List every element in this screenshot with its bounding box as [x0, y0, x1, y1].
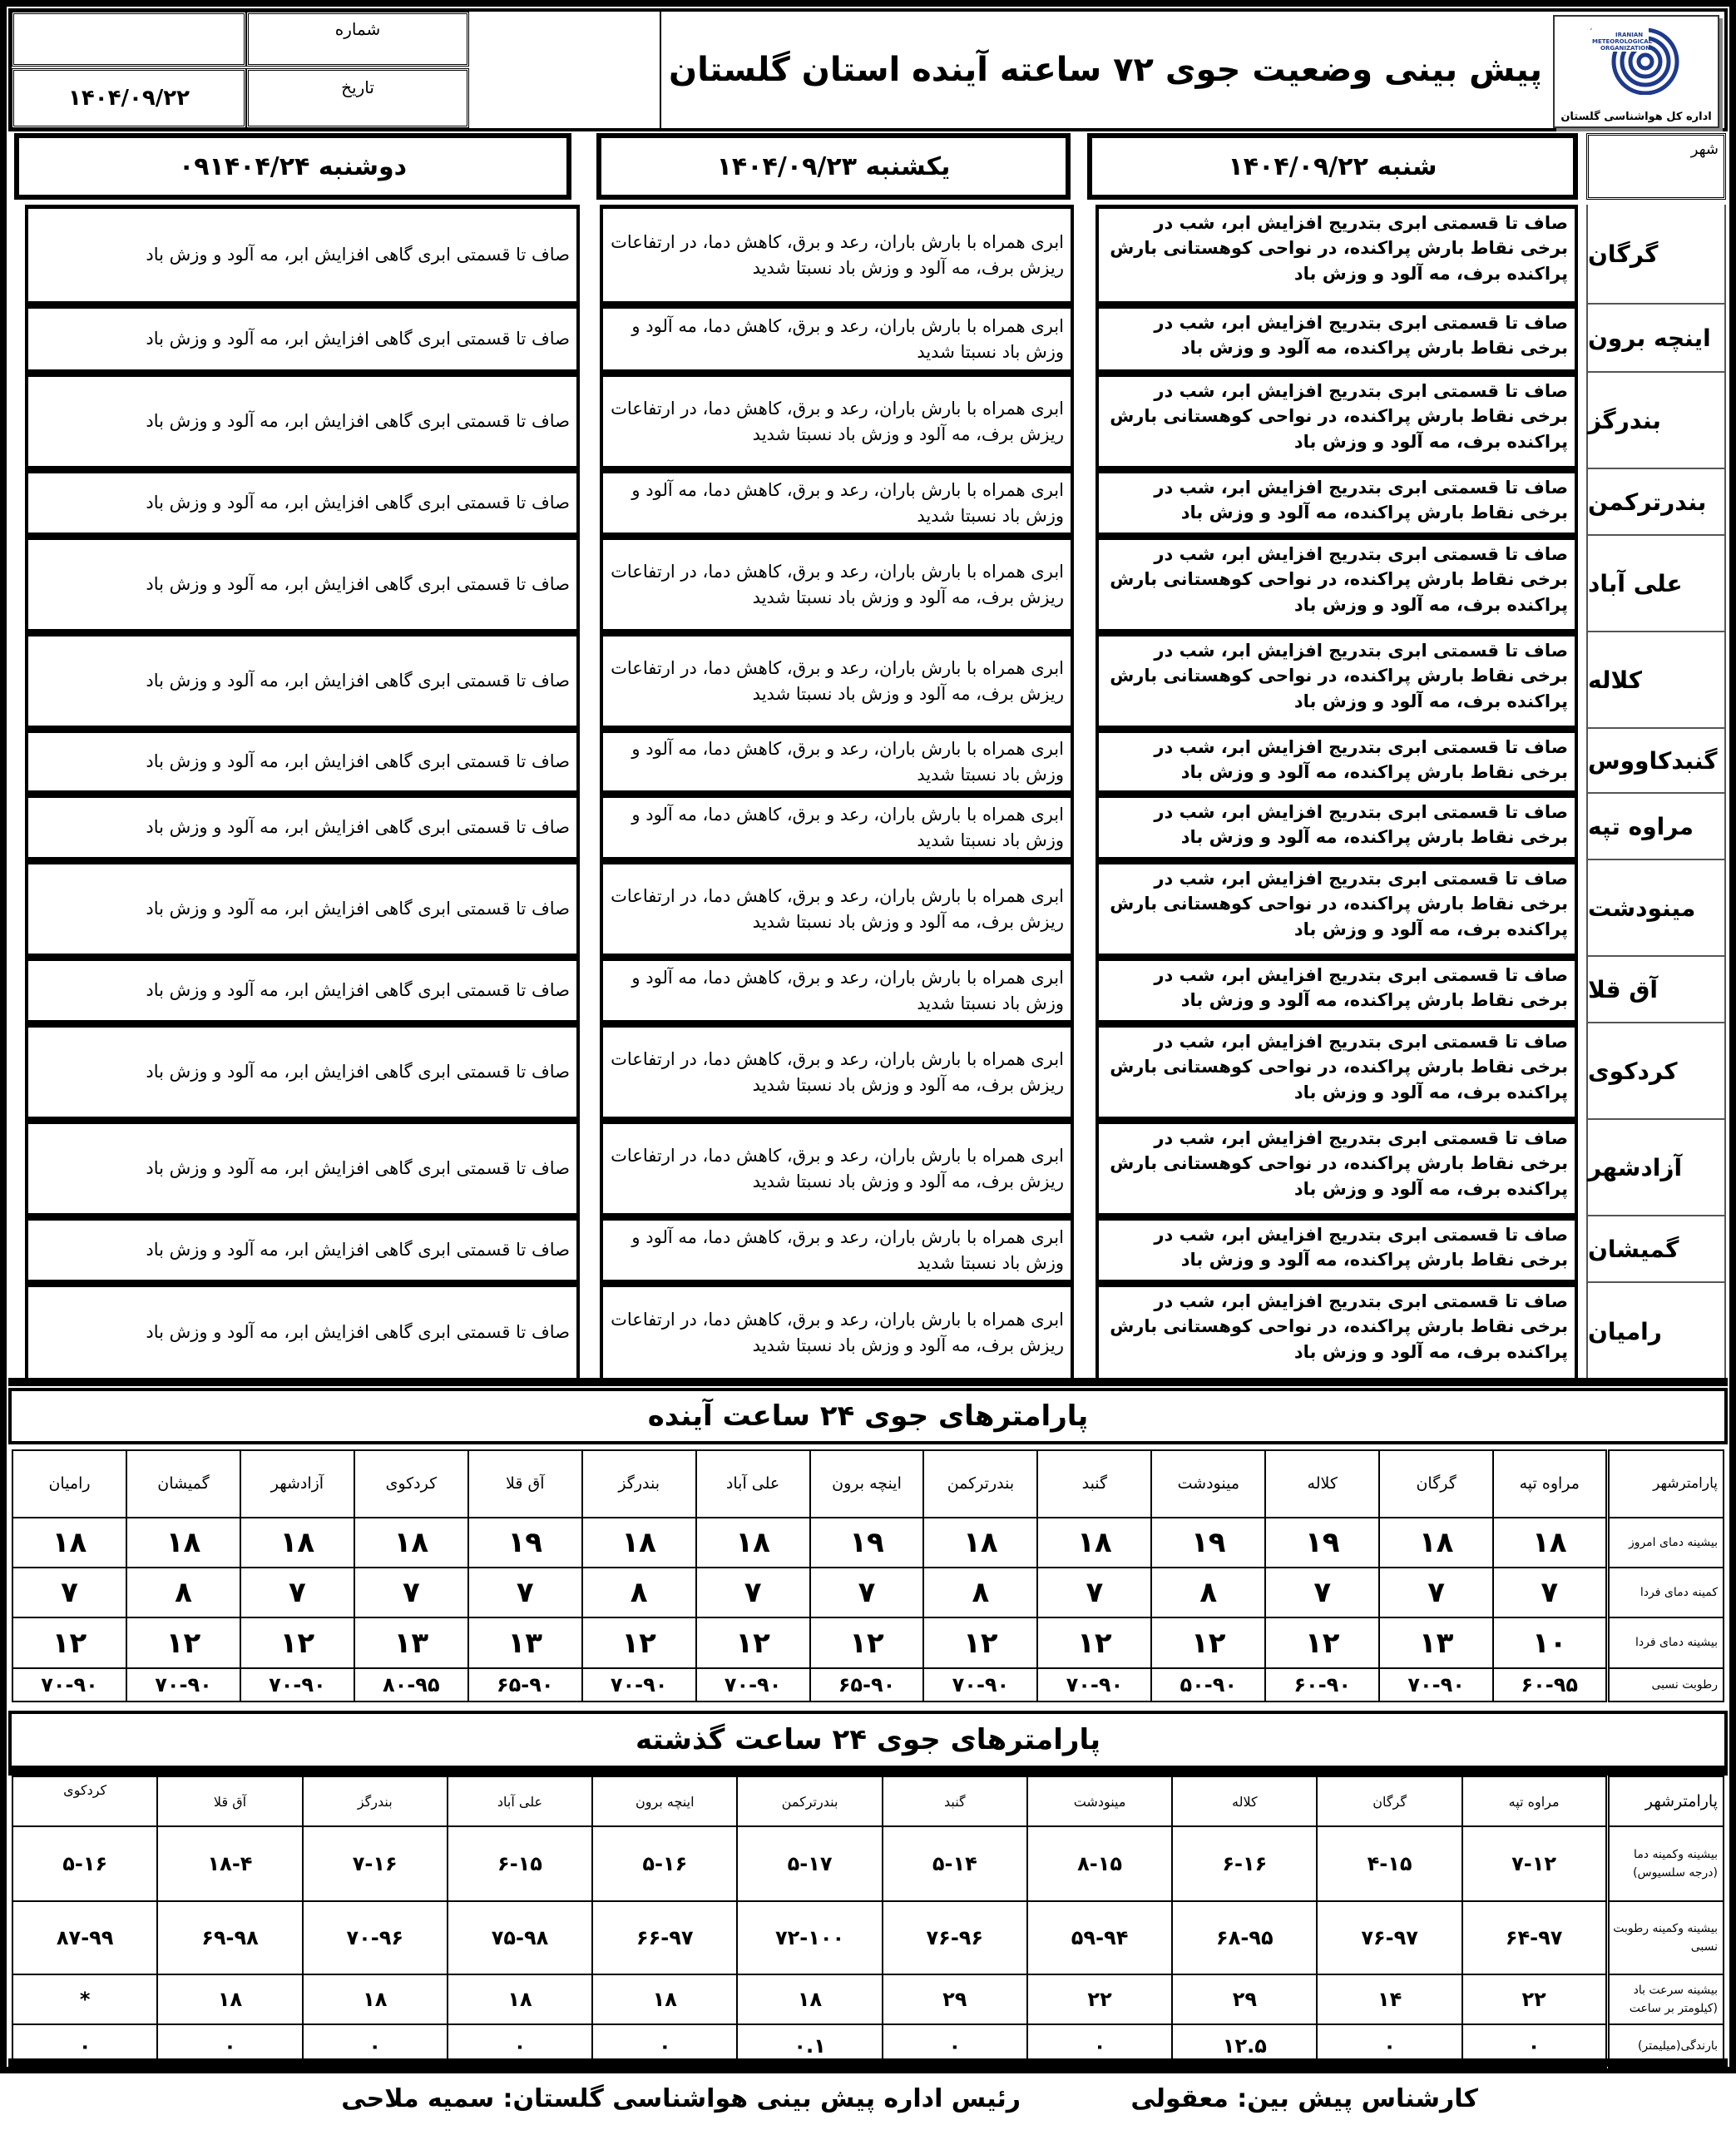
- meteorological-organization-logo-icon: سازمان هواشناسی کشور IRANIAN METEOROLOGI…: [1590, 20, 1682, 95]
- value-cell: ۱۸: [303, 1974, 448, 2024]
- head-signature: رئیس اداره پیش بینی هواشناسی گلستان: سمی…: [341, 2084, 1021, 2113]
- value-cell: ۱۸: [592, 1974, 737, 2024]
- logo-caption: اداره کل هواشناسی گلستان: [1560, 111, 1711, 123]
- forecast-day2: ابری همراه با بارش باران، رعد و برق، کاه…: [600, 305, 1074, 373]
- value-cell: ۱۸: [1493, 1518, 1607, 1568]
- forecast-day1: صاف تا قسمتی ابری بتدریج افزایش ابر، شب …: [1096, 469, 1578, 536]
- city-column-header: شهر: [1586, 133, 1726, 200]
- value-cell: ۱۲: [696, 1617, 810, 1667]
- corner-label: پارامترشهر: [1607, 1776, 1724, 1826]
- page-title: پیش بینی وضعیت جوی ۷۲ ساعته آینده استان …: [660, 12, 1550, 128]
- forecast-city: بندرترکمن: [1586, 469, 1726, 536]
- value-cell: ۱۸: [582, 1518, 696, 1568]
- city-header: گرگان: [1379, 1450, 1493, 1518]
- forecast-day2: ابری همراه با بارش باران، رعد و برق، کاه…: [600, 205, 1074, 305]
- forecast-row: بندرترکمن صاف تا قسمتی ابری بتدریج افزای…: [8, 469, 1728, 536]
- svg-text:METEOROLOGICAL: METEOROLOGICAL: [1592, 38, 1653, 45]
- forecast-day3: صاف تا قسمتی ابری گاهی افزایش ابر، مه آل…: [25, 305, 580, 373]
- value-cell: ۱۹: [1151, 1518, 1265, 1568]
- value-cell: ۷۶-۹۶: [883, 1901, 1027, 1974]
- value-cell: ۸۰-۹۵: [354, 1668, 468, 1702]
- past24-table: پارامترشهر مراوه تپه گرگان کلاله مینودشت…: [12, 1776, 1724, 2068]
- forecast-day1: صاف تا قسمتی ابری بتدریج افزایش ابر، شب …: [1096, 305, 1578, 373]
- row-label: بیشینه سرعت باد (کیلومتر بر ساعت: [1607, 1974, 1724, 2024]
- value-cell: ۷۲-۱۰۰: [737, 1901, 882, 1974]
- value-cell: ۶۴-۹۷: [1462, 1901, 1607, 1974]
- value-cell: ۱۸: [1379, 1518, 1493, 1568]
- forecast-city: اینچه برون: [1586, 305, 1726, 373]
- value-cell: ۱۸: [240, 1518, 354, 1568]
- forecast-day2: ابری همراه با بارش باران، رعد و برق، کاه…: [600, 794, 1074, 860]
- value-cell: ۱۸-۴: [157, 1826, 302, 1901]
- value-cell: ۱۳: [354, 1617, 468, 1667]
- forecast-day2: ابری همراه با بارش باران، رعد و برق، کاه…: [600, 957, 1074, 1023]
- value-cell: ۱۹: [810, 1518, 924, 1568]
- city-header: بندرترکمن: [737, 1776, 882, 1826]
- value-cell: ۱۹: [468, 1518, 582, 1568]
- forecast-row: مینودشت صاف تا قسمتی ابری بتدریج افزایش …: [8, 860, 1728, 957]
- value-cell: ۷-۱۶: [303, 1826, 448, 1901]
- date-value: ۱۴۰۴/۰۹/۲۲: [12, 68, 246, 128]
- forecast-day3: صاف تا قسمتی ابری گاهی افزایش ابر، مه آل…: [25, 205, 580, 305]
- value-cell: ۷۰-۹۰: [582, 1668, 696, 1702]
- next24-table: پارامترشهر مراوه تپه گرگان کلاله مینودشت…: [12, 1449, 1724, 1702]
- value-cell: ۵-۱۴: [883, 1826, 1027, 1901]
- number-value: [12, 12, 246, 67]
- row-label: رطوبت نسبی: [1607, 1668, 1724, 1702]
- forecast-row: اینچه برون صاف تا قسمتی ابری بتدریج افزا…: [8, 305, 1728, 373]
- value-cell: ۷-۱۲: [1462, 1826, 1607, 1901]
- forecast-day1: صاف تا قسمتی ابری بتدریج افزایش ابر، شب …: [1096, 1120, 1578, 1216]
- value-cell: ۷: [810, 1568, 924, 1617]
- city-header: گنبد: [1037, 1450, 1151, 1518]
- logo: سازمان هواشناسی کشور IRANIAN METEOROLOGI…: [1553, 15, 1719, 128]
- forecast-city: گنبدکاووس: [1586, 729, 1726, 794]
- value-cell: ۱۳: [1379, 1617, 1493, 1667]
- value-cell: ۱۸: [126, 1518, 240, 1568]
- value-cell: ۵۹-۹۴: [1027, 1901, 1172, 1974]
- forecast-day1: صاف تا قسمتی ابری بتدریج افزایش ابر، شب …: [1096, 860, 1578, 957]
- value-cell: ۵-۱۶: [12, 1826, 157, 1901]
- value-cell: ۵۰-۹۰: [1151, 1668, 1265, 1702]
- forecast-day2: ابری همراه با بارش باران، رعد و برق، کاه…: [600, 1216, 1074, 1283]
- value-cell: ۷۰-۹۰: [126, 1668, 240, 1702]
- value-cell: ۸: [1151, 1568, 1265, 1617]
- value-cell: ۲۲: [1462, 1974, 1607, 2024]
- value-cell: ۶۵-۹۰: [810, 1668, 924, 1702]
- city-header: گنبد: [883, 1776, 1027, 1826]
- forecast-day3: صاف تا قسمتی ابری گاهی افزایش ابر، مه آل…: [25, 632, 580, 729]
- forecast-day3: صاف تا قسمتی ابری گاهی افزایش ابر، مه آل…: [25, 469, 580, 536]
- document-meta: شماره تاریخ ۱۴۰۴/۰۹/۲۲: [12, 12, 469, 128]
- forecast-day2: ابری همراه با بارش باران، رعد و برق، کاه…: [600, 632, 1074, 729]
- forecast-day3: صاف تا قسمتی ابری گاهی افزایش ابر، مه آل…: [25, 1216, 580, 1283]
- number-label: شماره: [246, 12, 469, 67]
- city-header: آق قلا: [468, 1450, 582, 1518]
- value-cell: ۷: [12, 1568, 126, 1617]
- day-header-1: شنبه ۱۴۰۴/۰۹/۲۲: [1087, 133, 1578, 200]
- separator: [8, 1378, 1728, 1386]
- city-header: علی آباد: [448, 1776, 592, 1826]
- value-cell: ۷۶-۹۷: [1317, 1901, 1462, 1974]
- forecast-day1: صاف تا قسمتی ابری بتدریج افزایش ابر، شب …: [1096, 729, 1578, 794]
- forecast-day1: صاف تا قسمتی ابری بتدریج افزایش ابر، شب …: [1096, 632, 1578, 729]
- row-label: کمینه دمای فردا: [1607, 1568, 1724, 1617]
- forecast-day1: صاف تا قسمتی ابری بتدریج افزایش ابر، شب …: [1096, 1283, 1578, 1381]
- city-header: کلاله: [1265, 1450, 1379, 1518]
- value-cell: ۱۸: [448, 1974, 592, 2024]
- value-cell: ۲۹: [883, 1974, 1027, 2024]
- value-cell: ۷۰-۹۰: [1379, 1668, 1493, 1702]
- forecast-city: رامیان: [1586, 1283, 1726, 1381]
- value-cell: ۲۲: [1027, 1974, 1172, 2024]
- date-label: تاریخ: [246, 68, 469, 128]
- value-cell: ۱۴: [1317, 1974, 1462, 2024]
- forecast-city: کلاله: [1586, 632, 1726, 729]
- value-cell: ۷: [1379, 1568, 1493, 1617]
- value-cell: ۵-۱۶: [592, 1826, 737, 1901]
- city-header: مینودشت: [1151, 1450, 1265, 1518]
- forecast-day2: ابری همراه با بارش باران، رعد و برق، کاه…: [600, 729, 1074, 794]
- value-cell: ۸۷-۹۹: [12, 1901, 157, 1974]
- value-cell: ۱۲: [126, 1617, 240, 1667]
- forecast-row: گمیشان صاف تا قسمتی ابری بتدریج افزایش ا…: [8, 1216, 1728, 1283]
- forecast-day1: صاف تا قسمتی ابری بتدریج افزایش ابر، شب …: [1096, 1216, 1578, 1283]
- value-cell: ۱۸: [737, 1974, 882, 2024]
- value-cell: ۷۰-۹۰: [1037, 1668, 1151, 1702]
- value-cell: ۱۸: [923, 1518, 1037, 1568]
- forecast-row: کردکوی صاف تا قسمتی ابری بتدریج افزایش ا…: [8, 1023, 1728, 1120]
- forecast-row: کلاله صاف تا قسمتی ابری بتدریج افزایش اب…: [8, 632, 1728, 729]
- forecast-day3: صاف تا قسمتی ابری گاهی افزایش ابر، مه آل…: [25, 1023, 580, 1120]
- city-header: مراوه تپه: [1462, 1776, 1607, 1826]
- row-label: بیشینه دمای امروز: [1607, 1518, 1724, 1568]
- corner-label: پارامترشهر: [1607, 1450, 1724, 1518]
- city-header: آق قلا: [157, 1776, 302, 1826]
- value-cell: ۷۰-۹۰: [696, 1668, 810, 1702]
- value-cell: ۸: [126, 1568, 240, 1617]
- city-header: بندرگز: [303, 1776, 448, 1826]
- value-cell: ۶۰-۹۵: [1493, 1668, 1607, 1702]
- forecast-day2: ابری همراه با بارش باران، رعد و برق، کاه…: [600, 536, 1074, 632]
- forecast-city: آق قلا: [1586, 957, 1726, 1023]
- city-header: مینودشت: [1027, 1776, 1172, 1826]
- value-cell: ۶۵-۹۰: [468, 1668, 582, 1702]
- next24-title: پارامترهای جوی ۲۴ ساعت آینده: [8, 1388, 1728, 1444]
- forecast-city: کردکوی: [1586, 1023, 1726, 1120]
- forecast-day3: صاف تا قسمتی ابری گاهی افزایش ابر، مه آل…: [25, 729, 580, 794]
- value-cell: ۱۲: [582, 1617, 696, 1667]
- value-cell: ۶۸-۹۵: [1172, 1901, 1317, 1974]
- value-cell: ۷۰-۹۰: [923, 1668, 1037, 1702]
- value-cell: ۱۲: [810, 1617, 924, 1667]
- city-header: بندرگز: [582, 1450, 696, 1518]
- value-cell: *: [12, 1974, 157, 2024]
- value-cell: ۶۶-۹۷: [592, 1901, 737, 1974]
- forecast-table: گرگان صاف تا قسمتی ابری بتدریج افزایش اب…: [8, 205, 1728, 1384]
- value-cell: ۷: [696, 1568, 810, 1617]
- past24-title: پارامترهای جوی ۲۴ ساعت گذشته: [8, 1711, 1728, 1769]
- forecast-day2: ابری همراه با بارش باران، رعد و برق، کاه…: [600, 1120, 1074, 1216]
- city-header: اینچه برون: [592, 1776, 737, 1826]
- separator: [8, 2058, 1728, 2067]
- value-cell: ۸: [923, 1568, 1037, 1617]
- forecast-row: آزادشهر صاف تا قسمتی ابری بتدریج افزایش …: [8, 1120, 1728, 1216]
- value-cell: ۷۰-۹۰: [12, 1668, 126, 1702]
- value-cell: ۱۸: [157, 1974, 302, 2024]
- forecast-row: بندرگز صاف تا قسمتی ابری بتدریج افزایش ا…: [8, 373, 1728, 469]
- forecast-city: گرگان: [1586, 205, 1726, 305]
- forecast-day2: ابری همراه با بارش باران، رعد و برق، کاه…: [600, 1283, 1074, 1381]
- row-label: بیشینه وکمینه رطوبت نسبی: [1607, 1901, 1724, 1974]
- forecast-city: علی آباد: [1586, 536, 1726, 632]
- value-cell: ۷: [240, 1568, 354, 1617]
- value-cell: ۶۰-۹۰: [1265, 1668, 1379, 1702]
- forecast-city: مینودشت: [1586, 860, 1726, 957]
- forecast-day3: صاف تا قسمتی ابری گاهی افزایش ابر، مه آل…: [25, 1120, 580, 1216]
- forecast-day1: صاف تا قسمتی ابری بتدریج افزایش ابر، شب …: [1096, 536, 1578, 632]
- forecast-city: بندرگز: [1586, 373, 1726, 469]
- forecast-day3: صاف تا قسمتی ابری گاهی افزایش ابر، مه آل…: [25, 536, 580, 632]
- value-cell: ۱۲: [1037, 1617, 1151, 1667]
- value-cell: ۱۰: [1493, 1617, 1607, 1667]
- city-header: گرگان: [1317, 1776, 1462, 1826]
- day-header-3: دوشنبه ۰۹۱۴۰۴/۲۴: [14, 133, 571, 200]
- city-header: بندرترکمن: [923, 1450, 1037, 1518]
- forecast-day2: ابری همراه با بارش باران، رعد و برق، کاه…: [600, 373, 1074, 469]
- forecast-day1: صاف تا قسمتی ابری بتدریج افزایش ابر، شب …: [1096, 794, 1578, 860]
- value-cell: ۱۲: [1265, 1617, 1379, 1667]
- city-header: علی آباد: [696, 1450, 810, 1518]
- value-cell: ۷: [468, 1568, 582, 1617]
- city-header: گمیشان: [126, 1450, 240, 1518]
- svg-text:ORGANIZATION: ORGANIZATION: [1600, 45, 1650, 52]
- forecast-day3: صاف تا قسمتی ابری گاهی افزایش ابر، مه آل…: [25, 860, 580, 957]
- value-cell: ۱۸: [354, 1518, 468, 1568]
- city-header: کردکوی: [354, 1450, 468, 1518]
- svg-text:IRANIAN: IRANIAN: [1615, 32, 1643, 38]
- value-cell: ۸: [582, 1568, 696, 1617]
- value-cell: ۶-۱۵: [448, 1826, 592, 1901]
- forecast-row: رامیان صاف تا قسمتی ابری بتدریج افزایش ا…: [8, 1283, 1728, 1381]
- value-cell: ۷۰-۹۰: [240, 1668, 354, 1702]
- value-cell: ۱۸: [1037, 1518, 1151, 1568]
- value-cell: ۶-۱۶: [1172, 1826, 1317, 1901]
- forecast-day2: ابری همراه با بارش باران، رعد و برق، کاه…: [600, 860, 1074, 957]
- value-cell: ۷۵-۹۸: [448, 1901, 592, 1974]
- forecast-day2: ابری همراه با بارش باران، رعد و برق، کاه…: [600, 1023, 1074, 1120]
- row-label: بیشینه وکمینه دما (درجه سلسیوس): [1607, 1826, 1724, 1901]
- forecaster-signature: کارشناس پیش بین: معقولی: [1130, 2084, 1478, 2113]
- value-cell: ۷: [1037, 1568, 1151, 1617]
- value-cell: ۱۲: [1151, 1617, 1265, 1667]
- value-cell: ۲۹: [1172, 1974, 1317, 2024]
- value-cell: ۶۹-۹۸: [157, 1901, 302, 1974]
- separator: [8, 1769, 1728, 1776]
- forecast-city: گمیشان: [1586, 1216, 1726, 1283]
- forecast-day1: صاف تا قسمتی ابری بتدریج افزایش ابر، شب …: [1096, 957, 1578, 1023]
- value-cell: ۷: [354, 1568, 468, 1617]
- value-cell: ۷: [1265, 1568, 1379, 1617]
- city-header: اینچه برون: [810, 1450, 924, 1518]
- signature-block: کارشناس پیش بین: معقولی رئیس اداره پیش ب…: [0, 2084, 1736, 2130]
- forecast-row: آق قلا صاف تا قسمتی ابری بتدریج افزایش ا…: [8, 957, 1728, 1023]
- value-cell: ۱۹: [1265, 1518, 1379, 1568]
- value-cell: ۱۸: [696, 1518, 810, 1568]
- value-cell: ۱۲: [12, 1617, 126, 1667]
- value-cell: ۴-۱۵: [1317, 1826, 1462, 1901]
- forecast-row: گنبدکاووس صاف تا قسمتی ابری بتدریج افزای…: [8, 729, 1728, 794]
- forecast-city: آزادشهر: [1586, 1120, 1726, 1216]
- value-cell: ۸-۱۵: [1027, 1826, 1172, 1901]
- value-cell: ۱۲: [923, 1617, 1037, 1667]
- value-cell: ۷۰-۹۶: [303, 1901, 448, 1974]
- forecast-day3: صاف تا قسمتی ابری گاهی افزایش ابر، مه آل…: [25, 1283, 580, 1381]
- value-cell: ۱۸: [12, 1518, 126, 1568]
- forecast-day3: صاف تا قسمتی ابری گاهی افزایش ابر، مه آل…: [25, 957, 580, 1023]
- value-cell: ۵-۱۷: [737, 1826, 882, 1901]
- value-cell: ۱۳: [468, 1617, 582, 1667]
- city-header: آزادشهر: [240, 1450, 354, 1518]
- city-header: کلاله: [1172, 1776, 1317, 1826]
- forecast-day1: صاف تا قسمتی ابری بتدریج افزایش ابر، شب …: [1096, 1023, 1578, 1120]
- svg-text:سازمان هواشناسی کشور: سازمان هواشناسی کشور: [1590, 25, 1592, 32]
- city-header: مراوه تپه: [1493, 1450, 1607, 1518]
- forecast-day2: ابری همراه با بارش باران، رعد و برق، کاه…: [600, 469, 1074, 536]
- forecast-row: علی آباد صاف تا قسمتی ابری بتدریج افزایش…: [8, 536, 1728, 632]
- row-label: بیشینه دمای فردا: [1607, 1617, 1724, 1667]
- forecast-day1: صاف تا قسمتی ابری بتدریج افزایش ابر، شب …: [1096, 373, 1578, 469]
- city-header: کردکوی: [12, 1776, 157, 1826]
- forecast-day3: صاف تا قسمتی ابری گاهی افزایش ابر، مه آل…: [25, 794, 580, 860]
- forecast-city: مراوه تپه: [1586, 794, 1726, 860]
- document-header: سازمان هواشناسی کشور IRANIAN METEOROLOGI…: [8, 8, 1728, 131]
- value-cell: ۷: [1493, 1568, 1607, 1617]
- day-header-2: یکشنبه ۱۴۰۴/۰۹/۲۳: [596, 133, 1071, 200]
- forecast-row: گرگان صاف تا قسمتی ابری بتدریج افزایش اب…: [8, 205, 1728, 305]
- forecast-day3: صاف تا قسمتی ابری گاهی افزایش ابر، مه آل…: [25, 373, 580, 469]
- forecast-row: مراوه تپه صاف تا قسمتی ابری بتدریج افزای…: [8, 794, 1728, 860]
- city-header: رامیان: [12, 1450, 126, 1518]
- value-cell: ۱۲: [240, 1617, 354, 1667]
- forecast-day1: صاف تا قسمتی ابری بتدریج افزایش ابر، شب …: [1096, 205, 1578, 305]
